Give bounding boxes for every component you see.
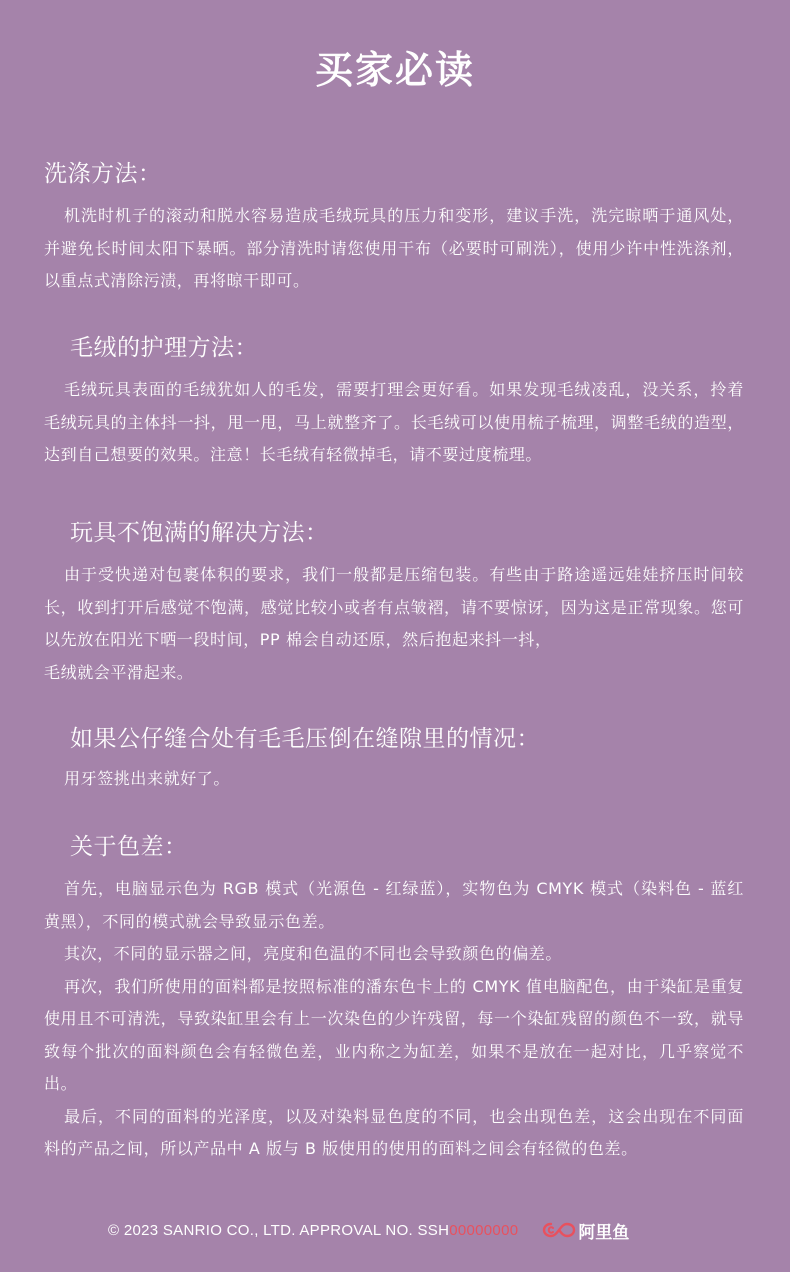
- alifish-logo: 阿里鱼: [542, 1218, 629, 1243]
- section-color-difference: 关于色差： 首先，电脑显示色为 RGB 模式（光源色 - 红绿蓝），实物色为 C…: [44, 831, 744, 1166]
- section-paragraph: 毛绒玩具表面的毛绒犹如人的毛发，需要打理会更好看。如果发现毛绒凌乱，没关系，拎着…: [44, 374, 744, 472]
- section-heading: 关于色差：: [44, 831, 744, 863]
- section-paragraph: 用牙签挑出来就好了。: [44, 763, 744, 796]
- footer: © 2023 SANRIO CO., LTD. APPROVAL NO. SSH…: [108, 1218, 629, 1242]
- section-paragraph: 其次，不同的显示器之间，亮度和色温的不同也会导致颜色的偏差。: [44, 938, 744, 971]
- section-not-full: 玩具不饱满的解决方法： 由于受快递对包裹体积的要求，我们一般都是压缩包装。有些由…: [44, 517, 744, 689]
- section-heading: 毛绒的护理方法：: [44, 332, 744, 364]
- section-heading: 洗涤方法：: [44, 158, 744, 190]
- section-seam-fur: 如果公仔缝合处有毛毛压倒在缝隙里的情况： 用牙签挑出来就好了。: [44, 723, 744, 796]
- section-paragraph: 再次，我们所使用的面料都是按照标准的潘东色卡上的 CMYK 值电脑配色，由于染缸…: [44, 971, 744, 1101]
- section-paragraph: 机洗时机子的滚动和脱水容易造成毛绒玩具的压力和变形，建议手洗，洗完晾晒于通风处，…: [44, 200, 744, 298]
- alifish-infinity-logo-icon: [542, 1221, 576, 1239]
- copyright-text: © 2023 SANRIO CO., LTD. APPROVAL NO. SSH: [108, 1222, 449, 1239]
- section-paragraph: 毛绒就会平滑起来。: [44, 657, 744, 690]
- section-heading: 如果公仔缝合处有毛毛压倒在缝隙里的情况：: [44, 723, 744, 755]
- section-paragraph: 最后，不同的面料的光泽度，以及对染料显色度的不同，也会出现色差，这会出现在不同面…: [44, 1101, 744, 1166]
- section-washing: 洗涤方法： 机洗时机子的滚动和脱水容易造成毛绒玩具的压力和变形，建议手洗，洗完晾…: [44, 158, 744, 298]
- logo-text: 阿里鱼: [578, 1218, 629, 1243]
- page-title: 买家必读: [0, 44, 790, 96]
- section-heading: 玩具不饱满的解决方法：: [44, 517, 744, 549]
- section-paragraph: 首先，电脑显示色为 RGB 模式（光源色 - 红绿蓝），实物色为 CMYK 模式…: [44, 873, 744, 938]
- approval-number: 00000000: [449, 1222, 518, 1239]
- section-paragraph: 由于受快递对包裹体积的要求，我们一般都是压缩包装。有些由于路途遥远娃娃挤压时间较…: [44, 559, 744, 657]
- section-plush-care: 毛绒的护理方法： 毛绒玩具表面的毛绒犹如人的毛发，需要打理会更好看。如果发现毛绒…: [44, 332, 744, 472]
